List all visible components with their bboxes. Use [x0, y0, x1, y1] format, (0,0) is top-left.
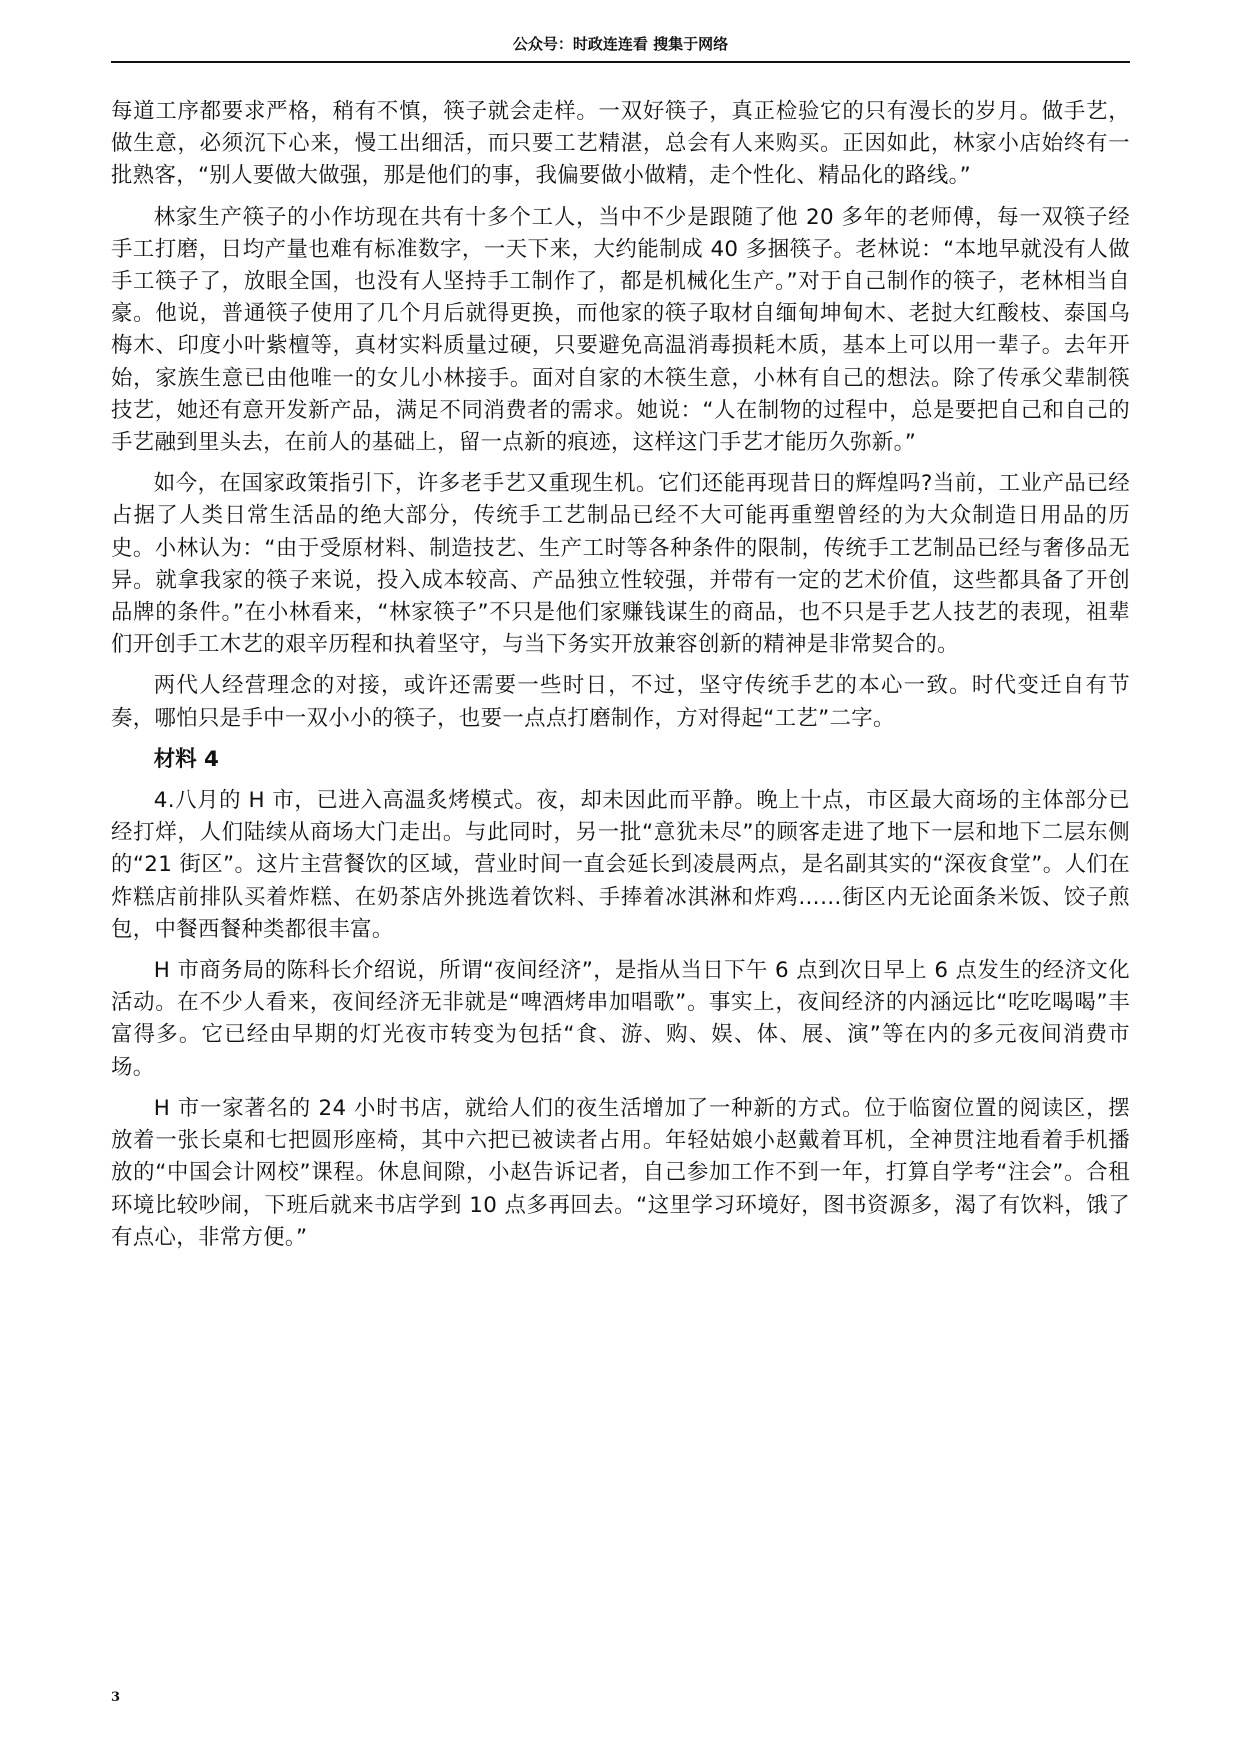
- page-number: 3: [111, 1690, 120, 1705]
- page-header: 公众号：时政连连看 搜集于网络: [111, 34, 1130, 54]
- header-divider: [111, 61, 1130, 63]
- paragraph-5: 4.八月的 H 市，已进入高温炙烤模式。夜，却未因此而平静。晚上十点，市区最大商…: [111, 785, 1130, 946]
- document-body: 每道工序都要求严格，稍有不慎，筷子就会走样。一双好筷子，真正检验它的只有漫长的岁…: [111, 96, 1130, 1263]
- paragraph-6: H 市商务局的陈科长介绍说，所谓“夜间经济”，是指从当日下午 6 点到次日早上 …: [111, 955, 1130, 1084]
- section-heading-material-4: 材料 4: [111, 744, 1130, 776]
- paragraph-3: 如今，在国家政策指引下，许多老手艺又重现生机。它们还能再现昔日的辉煌吗?当前，工…: [111, 468, 1130, 661]
- paragraph-4: 两代人经营理念的对接，或许还需要一些时日，不过，坚守传统手艺的本心一致。时代变迁…: [111, 670, 1130, 734]
- paragraph-7: H 市一家著名的 24 小时书店，就给人们的夜生活增加了一种新的方式。位于临窗位…: [111, 1093, 1130, 1254]
- paragraph-2: 林家生产筷子的小作坊现在共有十多个工人，当中不少是跟随了他 20 多年的老师傅，…: [111, 202, 1130, 460]
- paragraph-1: 每道工序都要求严格，稍有不慎，筷子就会走样。一双好筷子，真正检验它的只有漫长的岁…: [111, 96, 1130, 193]
